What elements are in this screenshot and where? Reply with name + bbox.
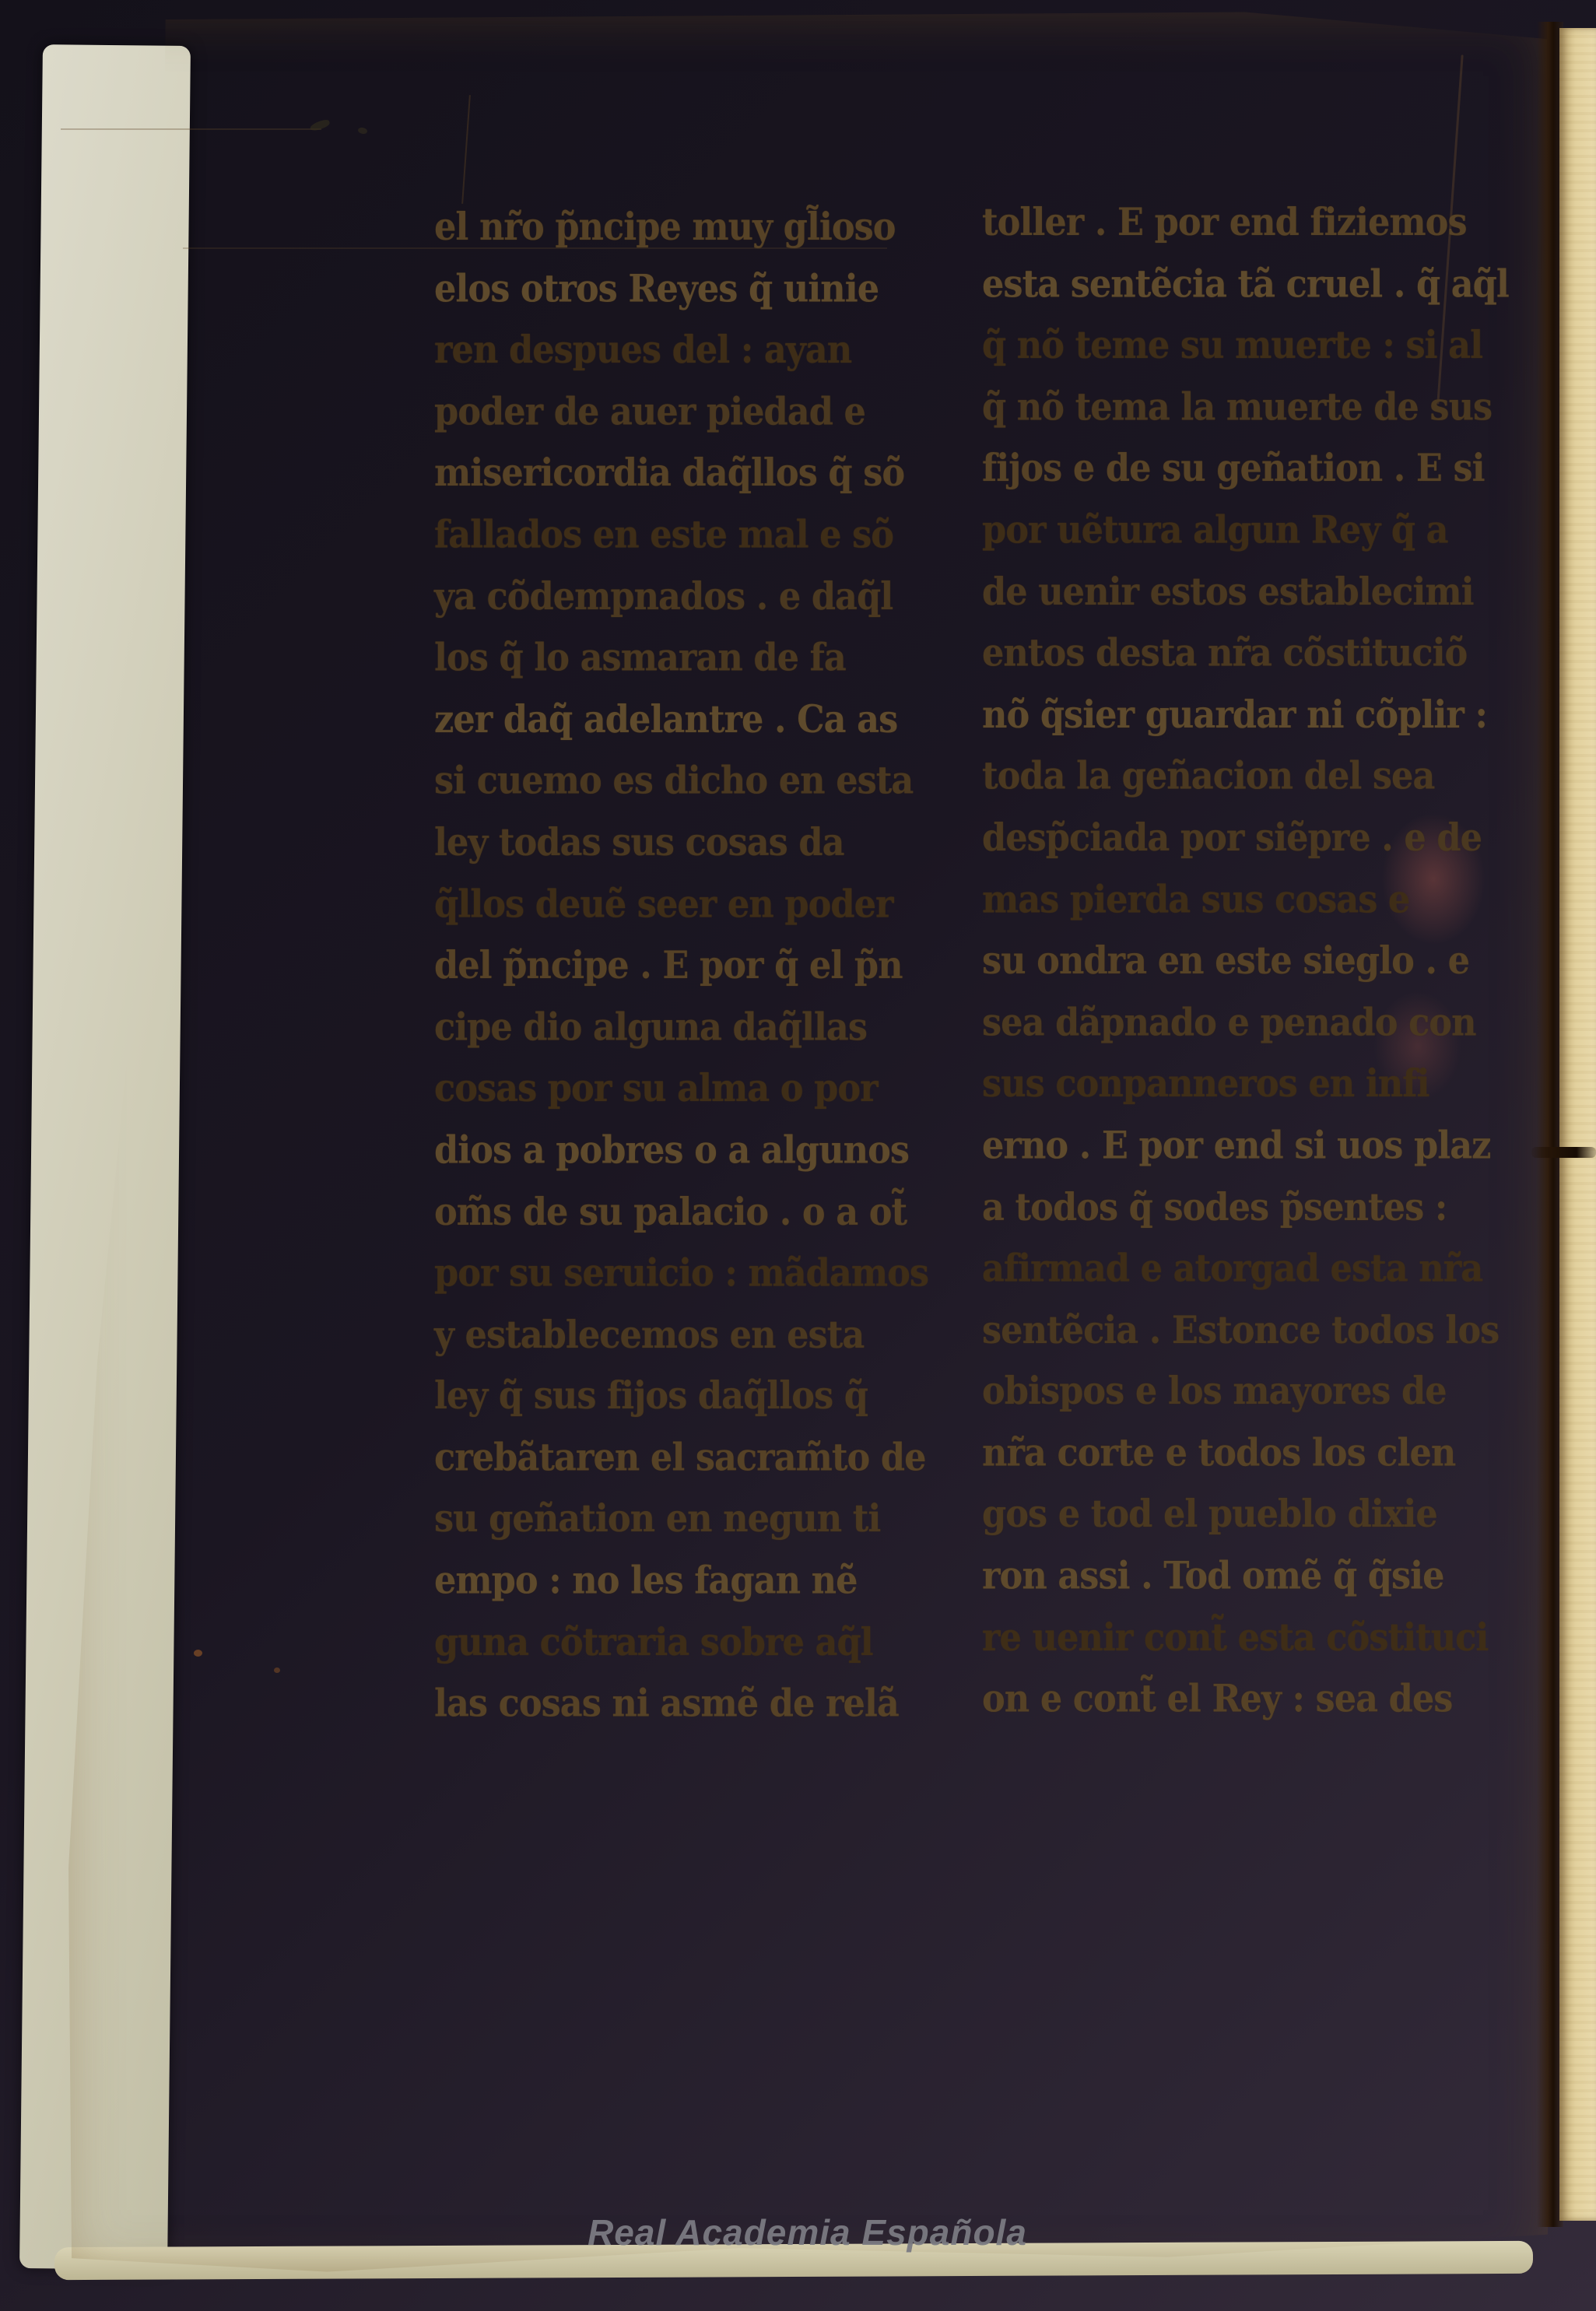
manuscript-line: zer daq̃ adelantre . Ca as [434,689,932,750]
manuscript-line: mas pierda sus cosas e [982,868,1510,930]
manuscript-line: q̃ nõ tema la muerte de sus [982,376,1510,437]
manuscript-line: nr̃a corte e todos los clen [982,1422,1510,1483]
manuscript-line: elos otros Reyes q̃ uinie [434,258,932,319]
next-folio-edge [1559,28,1596,2221]
manuscript-line: cosas por su alma o por [434,1057,932,1119]
manuscript-line: q̃llos deuẽ seer en poder [434,873,932,935]
manuscript-line: fallados en este mal e sõ [434,503,932,565]
manuscript-line: el nr̃o p̃ncipe muy gl̃ioso [434,196,932,258]
manuscript-line: a todos q̃ sodes p̃sentes : [982,1176,1510,1237]
manuscript-line: del p̃ncipe . E por q̃ el p̃n [434,935,932,996]
manuscript-line: re uenir cont̃ esta cõstituci [982,1607,1510,1668]
manuscript-line: sea dãpnado e penado con [982,991,1510,1053]
manuscript-line: misericordia daq̃llos q̃ sõ [434,442,932,503]
manuscript-line: ron assi . Tod omẽ q̃ q̃sie [982,1545,1510,1607]
text-column-right: toller . E por end fiziemos esta sentẽci… [982,191,1510,1730]
manuscript-line: nõ q̃sier guardar ni cõplir : [982,684,1510,745]
manuscript-line: fijos e de su geñation . E si [982,437,1510,499]
manuscript-line: ley todas sus cosas da [434,812,932,873]
manuscript-line: poder de auer piedad e [434,380,932,442]
manuscript-line: por su seruicio : mãdamos [434,1242,932,1303]
manuscript-line: guna cõtraria sobre aq̃l [434,1611,932,1673]
manuscript-line: erno . E por end si uos plaz [982,1114,1510,1176]
manuscript-line: su ondra en este sieglo . e [982,930,1510,991]
manuscript-line: las cosas ni asmẽ de relã [434,1673,932,1734]
manuscript-line: dios a pobres o a algunos [434,1119,932,1180]
manuscript-photo: el nr̃o p̃ncipe muy gl̃ioso elos otros R… [0,0,1596,2311]
manuscript-line: su geñation en negun ti [434,1488,932,1549]
manuscript-line: y establecemos en esta [434,1303,932,1365]
binding-tie-mark [1531,1147,1596,1158]
manuscript-line: q̃ nõ teme su muerte : si al [982,314,1510,376]
manuscript-line: cipe dio alguna daq̃llas [434,996,932,1057]
manuscript-line: obispos e los mayores de [982,1360,1510,1422]
rust-spot [274,1667,280,1673]
manuscript-line: desp̃ciada por siẽpre . e de [982,807,1510,868]
manuscript-line: si cuemo es dicho en esta [434,750,932,812]
manuscript-line: om̃s de su palacio . o a ot̃ [434,1180,932,1242]
manuscript-line: entos desta nr̃a cõstituciõ [982,622,1510,683]
manuscript-line: toller . E por end fiziemos [982,191,1510,253]
manuscript-line: empo : no les fagan nẽ [434,1550,932,1611]
manuscript-line: toda la geñacion del sea [982,745,1510,807]
manuscript-line: crebãtaren el sacram̃to de [434,1426,932,1488]
manuscript-line: ley q̃ sus fijos daq̃llos q̃ [434,1365,932,1426]
manuscript-line: ren despues del : ayan [434,319,932,380]
manuscript-line: esta sentẽcia tã cruel . q̃ aq̃l [982,253,1510,314]
manuscript-line: los q̃ lo asmaran de fa [434,626,932,688]
text-column-left: el nr̃o p̃ncipe muy gl̃ioso elos otros R… [434,196,932,1734]
manuscript-line: afirmad e atorgad esta nr̃a [982,1237,1510,1299]
watermark-label: Real Academia Española [66,2211,1549,2253]
rust-spot [194,1650,202,1657]
ruling-line [61,128,321,130]
manuscript-line: gos e tod el pueblo dixie [982,1483,1510,1545]
manuscript-line: ya cõdempnados . e daq̃l [434,565,932,626]
manuscript-line: sus conpanneros en infi [982,1053,1510,1114]
manuscript-line: de uenir estos establecimi [982,560,1510,622]
manuscript-line: on e cont̃ el Rey : sea des [982,1668,1510,1730]
manuscript-line: por uẽtura algun Rey q̃ a [982,499,1510,560]
manuscript-line: sentẽcia . Estonce todos los [982,1299,1510,1360]
